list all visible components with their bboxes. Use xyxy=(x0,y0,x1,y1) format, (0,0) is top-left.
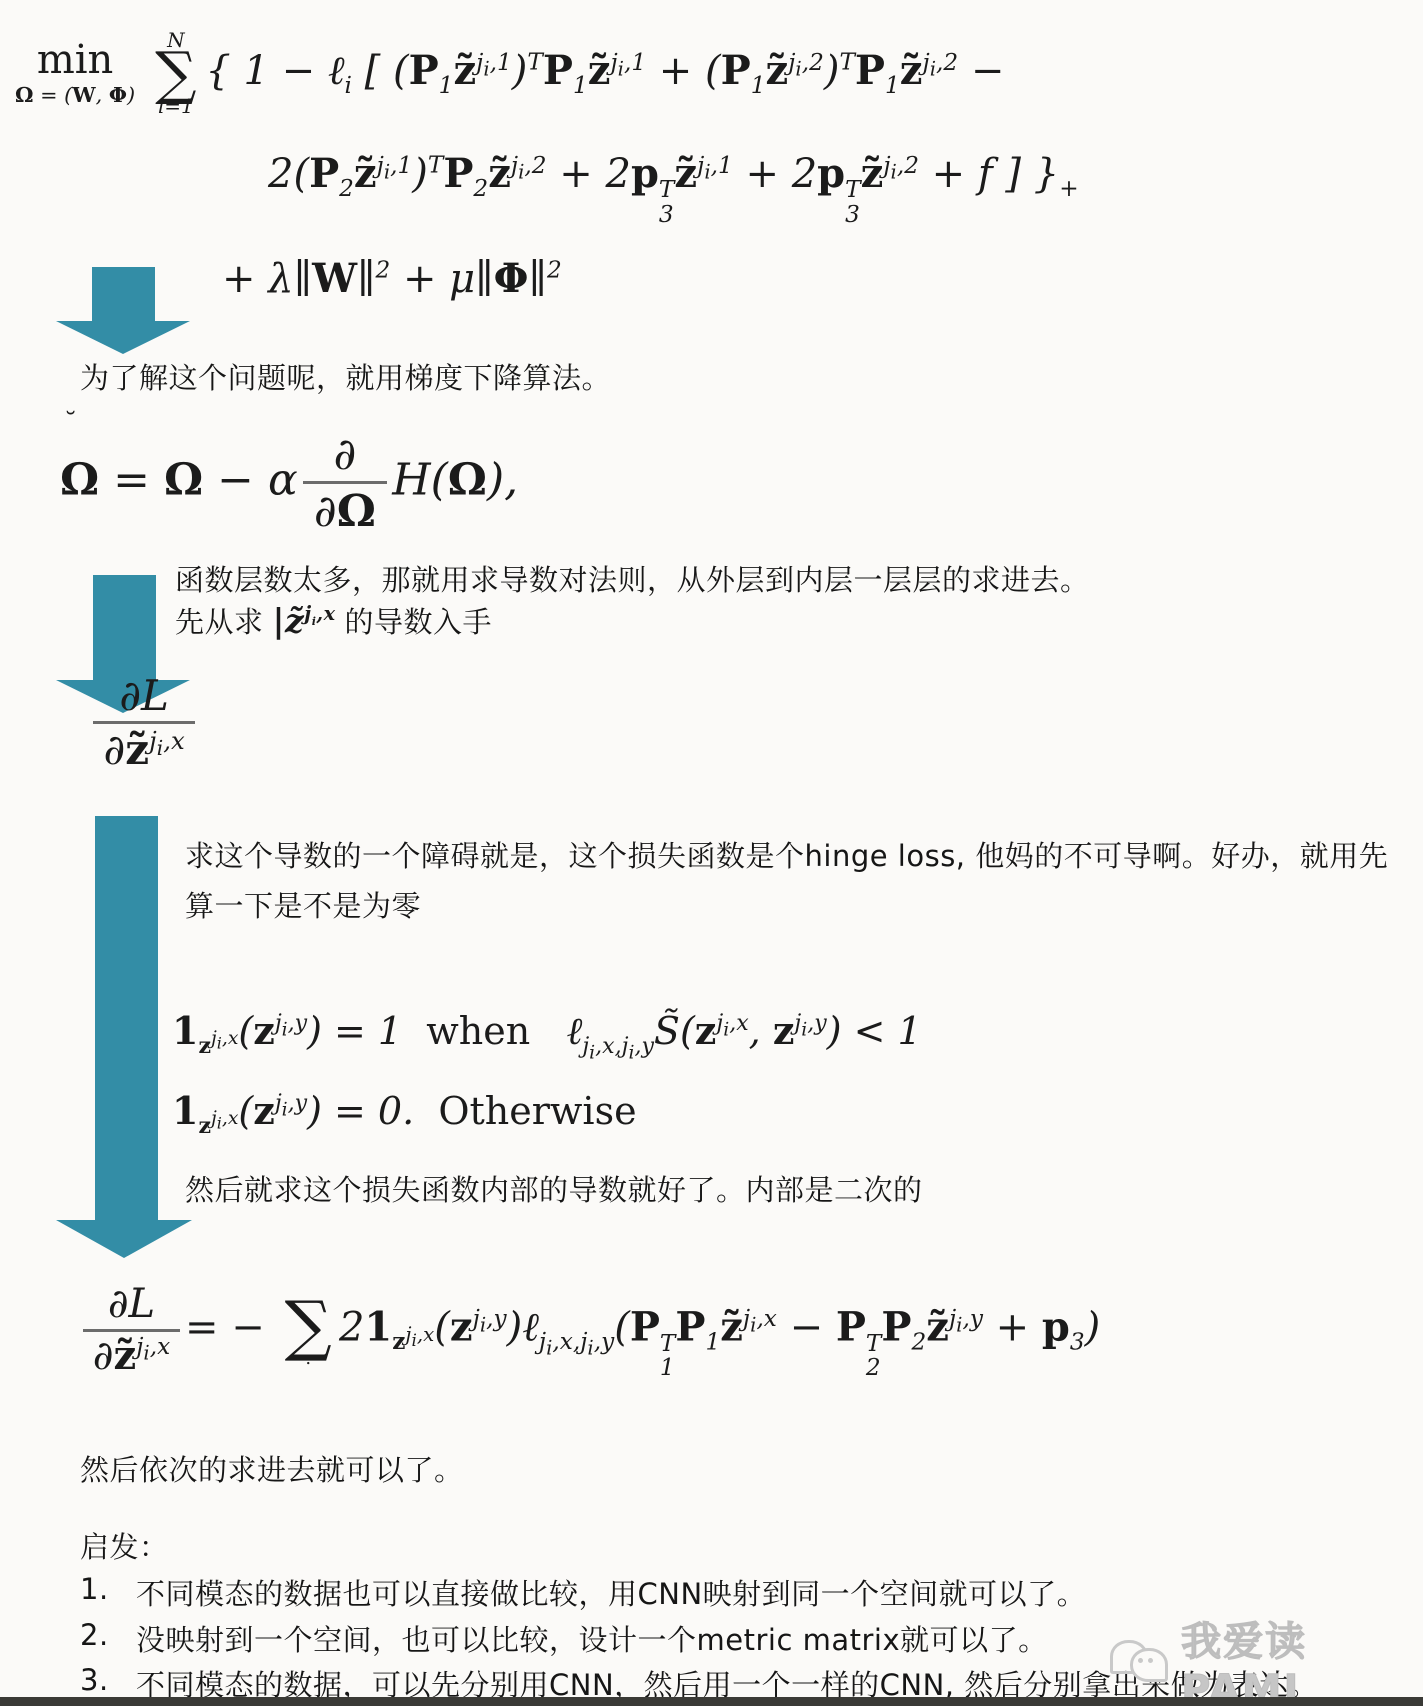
insight-text: 不同模态的数据也可以直接做比较，用CNN映射到同一个空间就可以了。 xyxy=(136,1572,1086,1613)
down-arrow-shaft xyxy=(93,575,156,682)
full-derivative-formula: ∂L∂z̃ji,x= − ∑.21zji,x(zji,y)ℓji,x,ji,y(… xyxy=(78,1282,1100,1380)
watermark: 我爱读PAMI xyxy=(1108,1610,1423,1706)
z-tilde-inline-formula: |z̃ji,x xyxy=(273,601,336,640)
down-arrow-shaft xyxy=(92,267,155,323)
article-page: minΩ = (W, Φ)N∑i=1{ 1 − ℓi [ (P1z̃ji,1)T… xyxy=(0,0,1423,1706)
chain-rule-note-line2: 先从求 |z̃ji,x 的导数入手 xyxy=(175,600,492,641)
sum-operator: N∑i=1 xyxy=(155,30,196,116)
conclusion-note: 然后依次的求进去就可以了。 xyxy=(80,1448,464,1489)
sum-operator: ∑. xyxy=(285,1298,332,1363)
insight-item-2: 2. 没映射到一个空间，也可以比较，设计一个metric matrix就可以了。 xyxy=(80,1618,1048,1659)
insight-number: 1. xyxy=(80,1572,112,1613)
insight-item-1: 1. 不同模态的数据也可以直接做比较，用CNN映射到同一个空间就可以了。 xyxy=(80,1572,1086,1613)
indicator-otherwise-formula: 1zji,x(zji,y) = 0. Otherwise xyxy=(172,1088,637,1139)
insight-number: 2. xyxy=(80,1618,112,1659)
insights-title: 启发： xyxy=(80,1525,169,1566)
regularization-formula: + λ∥W∥2 + μ∥Φ∥2 xyxy=(222,255,562,302)
partial-derivative-formula: ∂L∂z̃ji,x xyxy=(88,672,200,773)
wechat-chat-bubbles-icon xyxy=(1108,1636,1171,1688)
bottom-edge-bar xyxy=(0,1697,1423,1706)
gradient-update-formula: ˘Ω = Ω − α∂∂ΩH(Ω), xyxy=(60,430,518,536)
insight-text: 没映射到一个空间，也可以比较，设计一个metric matrix就可以了。 xyxy=(136,1618,1048,1659)
down-arrow-head xyxy=(56,321,190,354)
down-arrow-shaft xyxy=(95,816,158,1222)
min-operator: minΩ = (W, Φ) xyxy=(15,40,135,105)
gradient-descent-note: 为了解这个问题呢，就用梯度下降算法。 xyxy=(80,356,611,397)
down-arrow-head xyxy=(56,1220,192,1258)
hinge-loss-note: 求这个导数的一个障碍就是，这个损失函数是个hinge loss, 他妈的不可导啊… xyxy=(185,832,1400,932)
note-text-suffix: 的导数入手 xyxy=(344,600,492,641)
chain-rule-note-line1: 函数层数太多，那就用求导数对法则，从外层到内层一层层的求进去。 xyxy=(175,558,1090,599)
objective-formula-line2: 2(P2z̃ji,1)TP2z̃ji,2 + 2pT3z̃ji,1 + 2pT3… xyxy=(268,150,1079,227)
watermark-label: 我爱读PAMI xyxy=(1181,1610,1423,1706)
objective-formula-line1: minΩ = (W, Φ)N∑i=1{ 1 − ℓi [ (P1z̃ji,1)T… xyxy=(15,14,1004,132)
indicator-when-formula: 1zji,x(zji,y) = 1 when ℓji,x,ji,yS̃(zji,… xyxy=(172,1008,922,1063)
note-text-prefix: 先从求 xyxy=(175,600,264,641)
inner-derivative-note: 然后就求这个损失函数内部的导数就好了。内部是二次的 xyxy=(185,1168,923,1209)
